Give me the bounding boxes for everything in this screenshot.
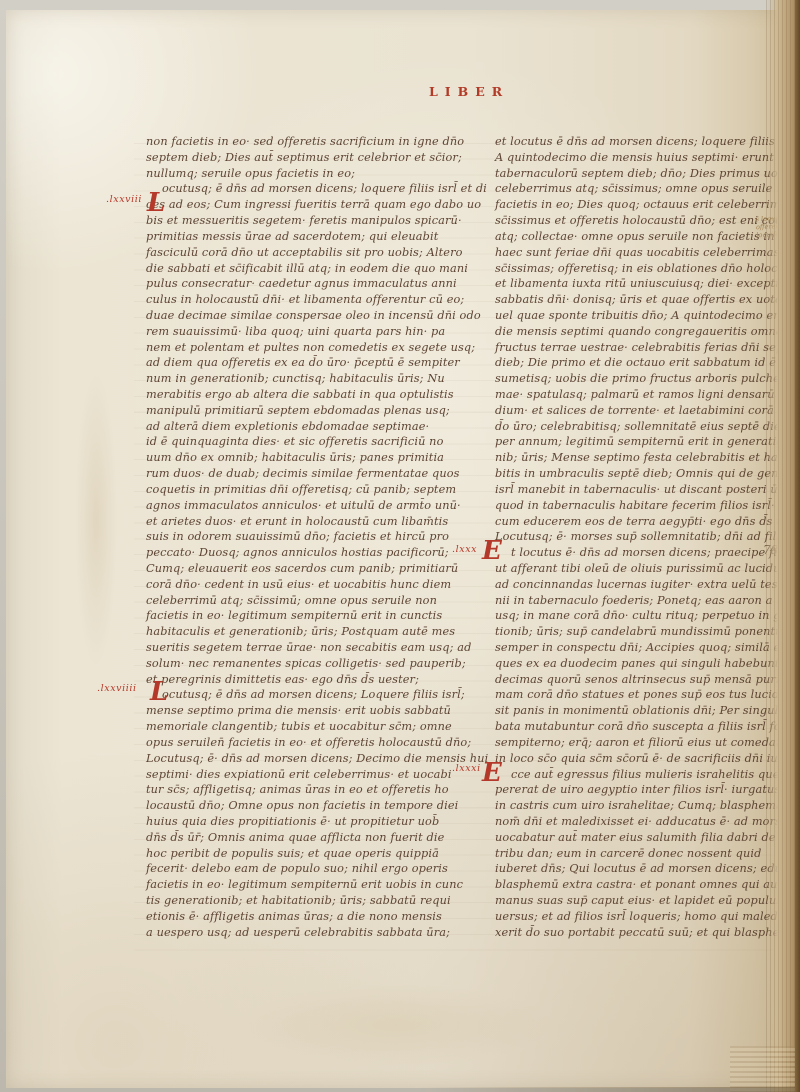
text-line: Cumq; eleuauerit eos sacerdos cum panib;…	[146, 561, 482, 577]
text-line: suis in odorem suauissimū dn̄o; facietis…	[146, 529, 482, 545]
text-line: tabernaculorū septem dieb; dn̄o; Dies pr…	[495, 166, 795, 182]
text-line: A quintodecimo die mensis huius septimi·…	[495, 150, 795, 166]
text-line: t locutus ē· dn̄s ad morsen dicens; prae…	[495, 545, 795, 561]
text-line: decimas quorū senos altrinsecus sup̄ men…	[495, 672, 795, 688]
text-line: et arietes duos· et erunt in holocaustū …	[146, 514, 482, 530]
text-line: isrl̄ manebit in tabernaculis· ut discan…	[495, 482, 795, 498]
text-line: tribu dan; eum in carcerē donec nossent …	[495, 846, 795, 862]
text-line: ques ex ea duodecim panes qui singuli ha…	[495, 656, 795, 672]
text-line: nem et polentam et pultes non comedetis …	[146, 340, 482, 356]
text-line: blasphemū extra castra· et ponant omnes …	[495, 877, 795, 893]
text-line: nom̄ dn̄i et maledixisset ei· adducatus …	[495, 814, 795, 830]
text-column-right: et locutus ē dn̄s ad morsen dicens; loqu…	[495, 134, 795, 940]
text-line: celeberrimus atq; sc̄issimus; omne opus …	[495, 181, 795, 197]
text-line: die mensis septimi quando congregaueriti…	[495, 324, 795, 340]
parchment-stain	[186, 970, 606, 1080]
text-line: pererat de uiro aegyptio inter filios is…	[495, 782, 795, 798]
text-line: cum educerem eos de terra aegyp̄ti· ego …	[495, 514, 795, 530]
text-line: mam corā dn̄o statues et pones sup̄ eos …	[495, 687, 795, 703]
text-line: manipulū primitiarū septem ebdomadas ple…	[146, 403, 482, 419]
text-line: mense septimo prima die mensis· erit uob…	[146, 703, 482, 719]
text-line: in loco sc̄o quia sc̄m sc̄orū ē· de sacr…	[495, 751, 795, 767]
text-line: nib; ūris; Mense septimo festa celebrabi…	[495, 450, 795, 466]
text-line: bis et messueritis segetem· feretis mani…	[146, 213, 482, 229]
text-line: fasciculū corā dn̄o ut acceptabilis sit …	[146, 245, 482, 261]
text-line: ad alterā diem expletionis ebdomadae sep…	[146, 419, 482, 435]
text-line: mae· spatulasq; palmarū et ramos ligni d…	[495, 387, 795, 403]
text-line: xerit d̄o suo portabit peccatū suū; et q…	[495, 925, 795, 941]
chapter-number: .lxxviiii	[97, 683, 137, 694]
text-line: ocutusq; ē dn̄s ad morsen dicens; loquer…	[146, 181, 482, 197]
text-line: facietis in eo· legitimum sempiternū eri…	[146, 877, 482, 893]
text-line: num in generationib; cunctisq; habitacul…	[146, 371, 482, 387]
text-line: uersus; et ad filios isrl̄ loqueris; hom…	[495, 909, 795, 925]
text-line: ces ad eos; Cum ingressi fueritis terrā …	[146, 197, 482, 213]
text-column-left: non facietis in eo· sed offeretis sacrif…	[146, 134, 482, 940]
chapter-number: .lxxviii	[106, 194, 142, 205]
text-line: manus suas sup̄ caput eius· et lapidet e…	[495, 893, 795, 909]
text-line: nii in tabernaculo foederis; Ponetq; eas…	[495, 593, 795, 609]
parchment-page: LIBER non facietis in eo· sed offeretis …	[6, 10, 800, 1088]
text-line: sempiterno; erq̄; aaron et filiorū eius …	[495, 735, 795, 751]
text-line: sumetisq; uobis die primo fructus arbori…	[495, 371, 795, 387]
drop-cap-initial: E	[482, 760, 502, 786]
text-line: bitis in umbraculis septē dieb; Omnis qu…	[495, 466, 795, 482]
text-line: habitaculis et generationib; ūris; Postq…	[146, 624, 482, 640]
text-line: duae decimae similae conspersae oleo in …	[146, 308, 482, 324]
running-title: LIBER	[429, 84, 509, 99]
text-line: et locutus ē dn̄s ad morsen dicens; loqu…	[495, 134, 795, 150]
text-line: d̄o ūro; celebrabitisq; sollemnitatē eiu…	[495, 419, 795, 435]
text-line: merabitis ergo ab altera die sabbati in …	[146, 387, 482, 403]
chapter-number: .lxxx	[452, 544, 477, 555]
page-bottom-edge	[416, 1087, 800, 1092]
text-line: a uespero usq; ad uesperū celebrabitis s…	[146, 925, 482, 941]
text-line: Locutusq; ē· morses sup̄ sollemnitatib; …	[495, 529, 795, 545]
text-line: bata mutabuntur corā dn̄o suscepta a fil…	[495, 719, 795, 735]
text-line: in castris cum uiro israhelitae; Cumq; b…	[495, 798, 795, 814]
text-line: tionib; ūris; sup̄ candelabrū mundissimū…	[495, 624, 795, 640]
text-line: hoc peribit de populis suis; et quae ope…	[146, 846, 482, 862]
drop-cap-initial: L	[147, 190, 165, 216]
text-line: usq; in mane corā dn̄o· cultu rituq; per…	[495, 608, 795, 624]
text-line: per annum; legitimū sempiternū erit in g…	[495, 434, 795, 450]
text-line: corā dn̄o· cedent in usū eius· et uocabi…	[146, 577, 482, 593]
text-line: primitias messis ūrae ad sacerdotem; qui…	[146, 229, 482, 245]
parchment-stain	[66, 310, 126, 730]
text-line: et peregrinis dimittetis eas· ego dn̄s d…	[146, 672, 482, 688]
text-line: atq; collectae· omne opus seruile non fa…	[495, 229, 795, 245]
text-line: facietis in eo· legitimum sempiternū eri…	[146, 608, 482, 624]
text-line: dium· et salices de torrente· et laetabi…	[495, 403, 795, 419]
text-line: agnos immaculatos anniculos· et uitulū d…	[146, 498, 482, 514]
text-line: sabbatis dn̄i· donisq; ūris et quae offe…	[495, 292, 795, 308]
text-line: coquetis in primitias dn̄i offeretisq; c…	[146, 482, 482, 498]
text-line: sit panis in monimentū oblationis dn̄i; …	[495, 703, 795, 719]
text-line: sc̄issimas; offeretisq; in eis oblatione…	[495, 261, 795, 277]
text-line: ocutusq; ē dn̄s ad morsen dicens; Loquer…	[146, 687, 482, 703]
text-line: Locutusq; ē· dn̄s ad morsen dicens; Deci…	[146, 751, 482, 767]
text-line: die sabbati et sc̄ificabit illū atq; in …	[146, 261, 482, 277]
text-line: haec sunt feriae dn̄i quas uocabitis cel…	[495, 245, 795, 261]
text-line: et libamenta iuxta ritū uniuscuiusq; die…	[495, 276, 795, 292]
text-line: sc̄issimus et offeretis holocaustū dn̄o;…	[495, 213, 795, 229]
text-line: culus in holocaustū dn̄i· et libamenta o…	[146, 292, 482, 308]
text-line: quod in tabernaculis habitare fecerim fi…	[495, 498, 795, 514]
text-line: iuberet dn̄s; Qui locutus ē ad morsen di…	[495, 861, 795, 877]
manuscript-photo: LIBER non facietis in eo· sed offeretis …	[0, 0, 800, 1092]
text-line: septem dieb; Dies aut̄ septimus erit cel…	[146, 150, 482, 166]
text-line: ad diem qua offeretis ex ea d̄o ūro· p̄c…	[146, 355, 482, 371]
text-line: locaustū dn̄o; Omne opus non facietis in…	[146, 798, 482, 814]
text-line: id ē quinquaginta dies· et sic offeretis…	[146, 434, 482, 450]
text-line: dn̄s d̄s ūr̄; Omnis anima quae afflicta …	[146, 830, 482, 846]
text-line: rum duos· de duab; decimis similae ferme…	[146, 466, 482, 482]
text-line: tur sc̄s; affligetisq; animas ūras in eo…	[146, 782, 482, 798]
text-line: septimi· dies expiationū erit celeberrim…	[146, 767, 482, 783]
text-line: memoriale clangentib; tubis et uocabitur…	[146, 719, 482, 735]
text-line: dieb; Die primo et die octauo erit sabba…	[495, 355, 795, 371]
text-line: fecerit· delebo eam de populo suo; nihil…	[146, 861, 482, 877]
text-line: cce aut̄ egressus filius mulieris israhe…	[495, 767, 795, 783]
text-line: ut afferant tibi oleū de oliuis purissim…	[495, 561, 795, 577]
text-line: rem suauissimū· liba quoq; uini quarta p…	[146, 324, 482, 340]
text-line: solum· nec remanentes spicas colligetis·…	[146, 656, 482, 672]
text-line: facietis in eo; Dies quoq; octauus erit …	[495, 197, 795, 213]
text-line: tis generationib; et habitationib; ūris;…	[146, 893, 482, 909]
text-line: ad concinnandas lucernas iugiter· extra …	[495, 577, 795, 593]
text-line: pulus consecratur· caedetur agnus immacu…	[146, 276, 482, 292]
drop-cap-initial: E	[482, 538, 502, 564]
text-line: opus seruilen̄ facietis in eo· et offere…	[146, 735, 482, 751]
page-stack-corner	[730, 1046, 800, 1092]
text-line: non facietis in eo· sed offeretis sacrif…	[146, 134, 482, 150]
text-line: peccato· Duosq; agnos anniculos hostias …	[146, 545, 482, 561]
text-line: celeberrimū atq; sc̄issimū; omne opus se…	[146, 593, 482, 609]
text-line: etionis ē· affligetis animas ūras; a die…	[146, 909, 482, 925]
text-line: huius quia dies propitiationis ē· ut pro…	[146, 814, 482, 830]
binding-edge	[795, 0, 800, 1092]
drop-cap-initial: L	[150, 679, 168, 705]
text-line: semper in conspectu dn̄i; Accipies quoq;…	[495, 640, 795, 656]
text-line: uocabatur aut̄ mater eius salumith filia…	[495, 830, 795, 846]
text-line: sueritis segetem terrae ūrae· non secabi…	[146, 640, 482, 656]
text-line: uum dn̄o ex omnib; habitaculis ūris; pan…	[146, 450, 482, 466]
text-line: nullumq; seruile opus facietis in eo;	[146, 166, 482, 182]
chapter-number: .lxxxi	[452, 763, 481, 774]
text-line: fructus terrae uestrae· celebrabitis fer…	[495, 340, 795, 356]
text-line: uel quae sponte tribuitis dn̄o; A quinto…	[495, 308, 795, 324]
